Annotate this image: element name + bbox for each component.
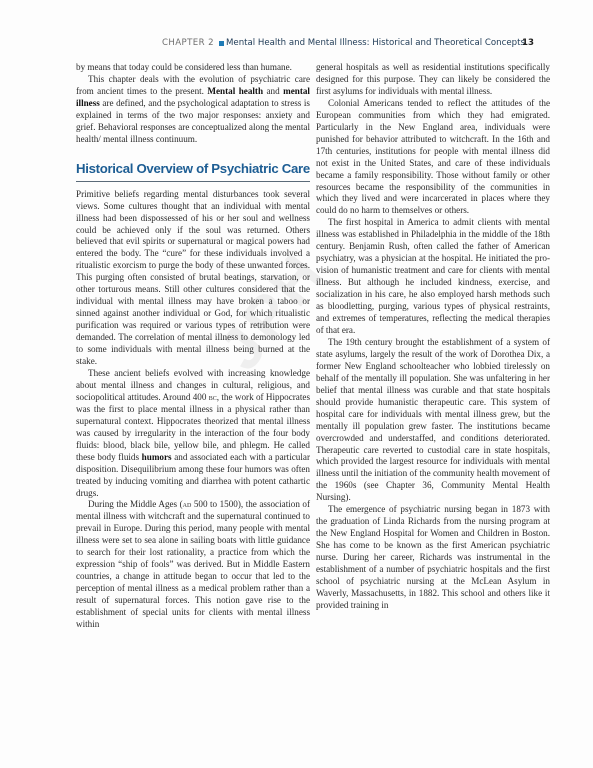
left-column: by means that today could be considered … <box>76 62 310 631</box>
paragraph: Primitive beliefs regarding mental distu… <box>76 189 310 368</box>
section-heading: Historical Overview of Psychiatric Care <box>76 161 310 182</box>
chapter-title: Mental Health and Mental Illness: Histor… <box>226 38 525 48</box>
text-run: During the Middle Ages ( <box>88 499 183 509</box>
page-number: 13 <box>522 38 534 48</box>
paragraph: The first hospital in America to admit c… <box>316 217 550 337</box>
text-run: 500 to 1500), the association of mental … <box>76 499 310 629</box>
key-term: Mental health <box>207 86 263 96</box>
paragraph: Colonial Americans tended to reflect the… <box>316 98 550 218</box>
text-run: and <box>263 86 283 96</box>
chapter-label: CHAPTER 2 <box>162 38 214 48</box>
paragraph: general hospitals as well as residential… <box>316 62 550 98</box>
square-bullet-icon <box>219 41 224 46</box>
text-run: are defined, and the psychological adapt… <box>76 98 310 144</box>
paragraph: The 19th century brought the establishme… <box>316 337 550 504</box>
paragraph: The emergence of psychiatric nursing beg… <box>316 504 550 612</box>
key-term: humors <box>142 452 172 462</box>
paragraph: These ancient beliefs evolved with incre… <box>76 368 310 499</box>
paragraph: During the Middle Ages (ad 500 to 1500),… <box>76 499 310 630</box>
right-column: general hospitals as well as residential… <box>316 62 550 612</box>
paragraph: This chapter deals with the evolution of… <box>76 74 310 146</box>
running-header: CHAPTER 2 Mental Health and Mental Illne… <box>0 38 593 52</box>
era-abbreviation: bc <box>209 393 217 402</box>
paragraph: by means that today could be considered … <box>76 62 310 74</box>
